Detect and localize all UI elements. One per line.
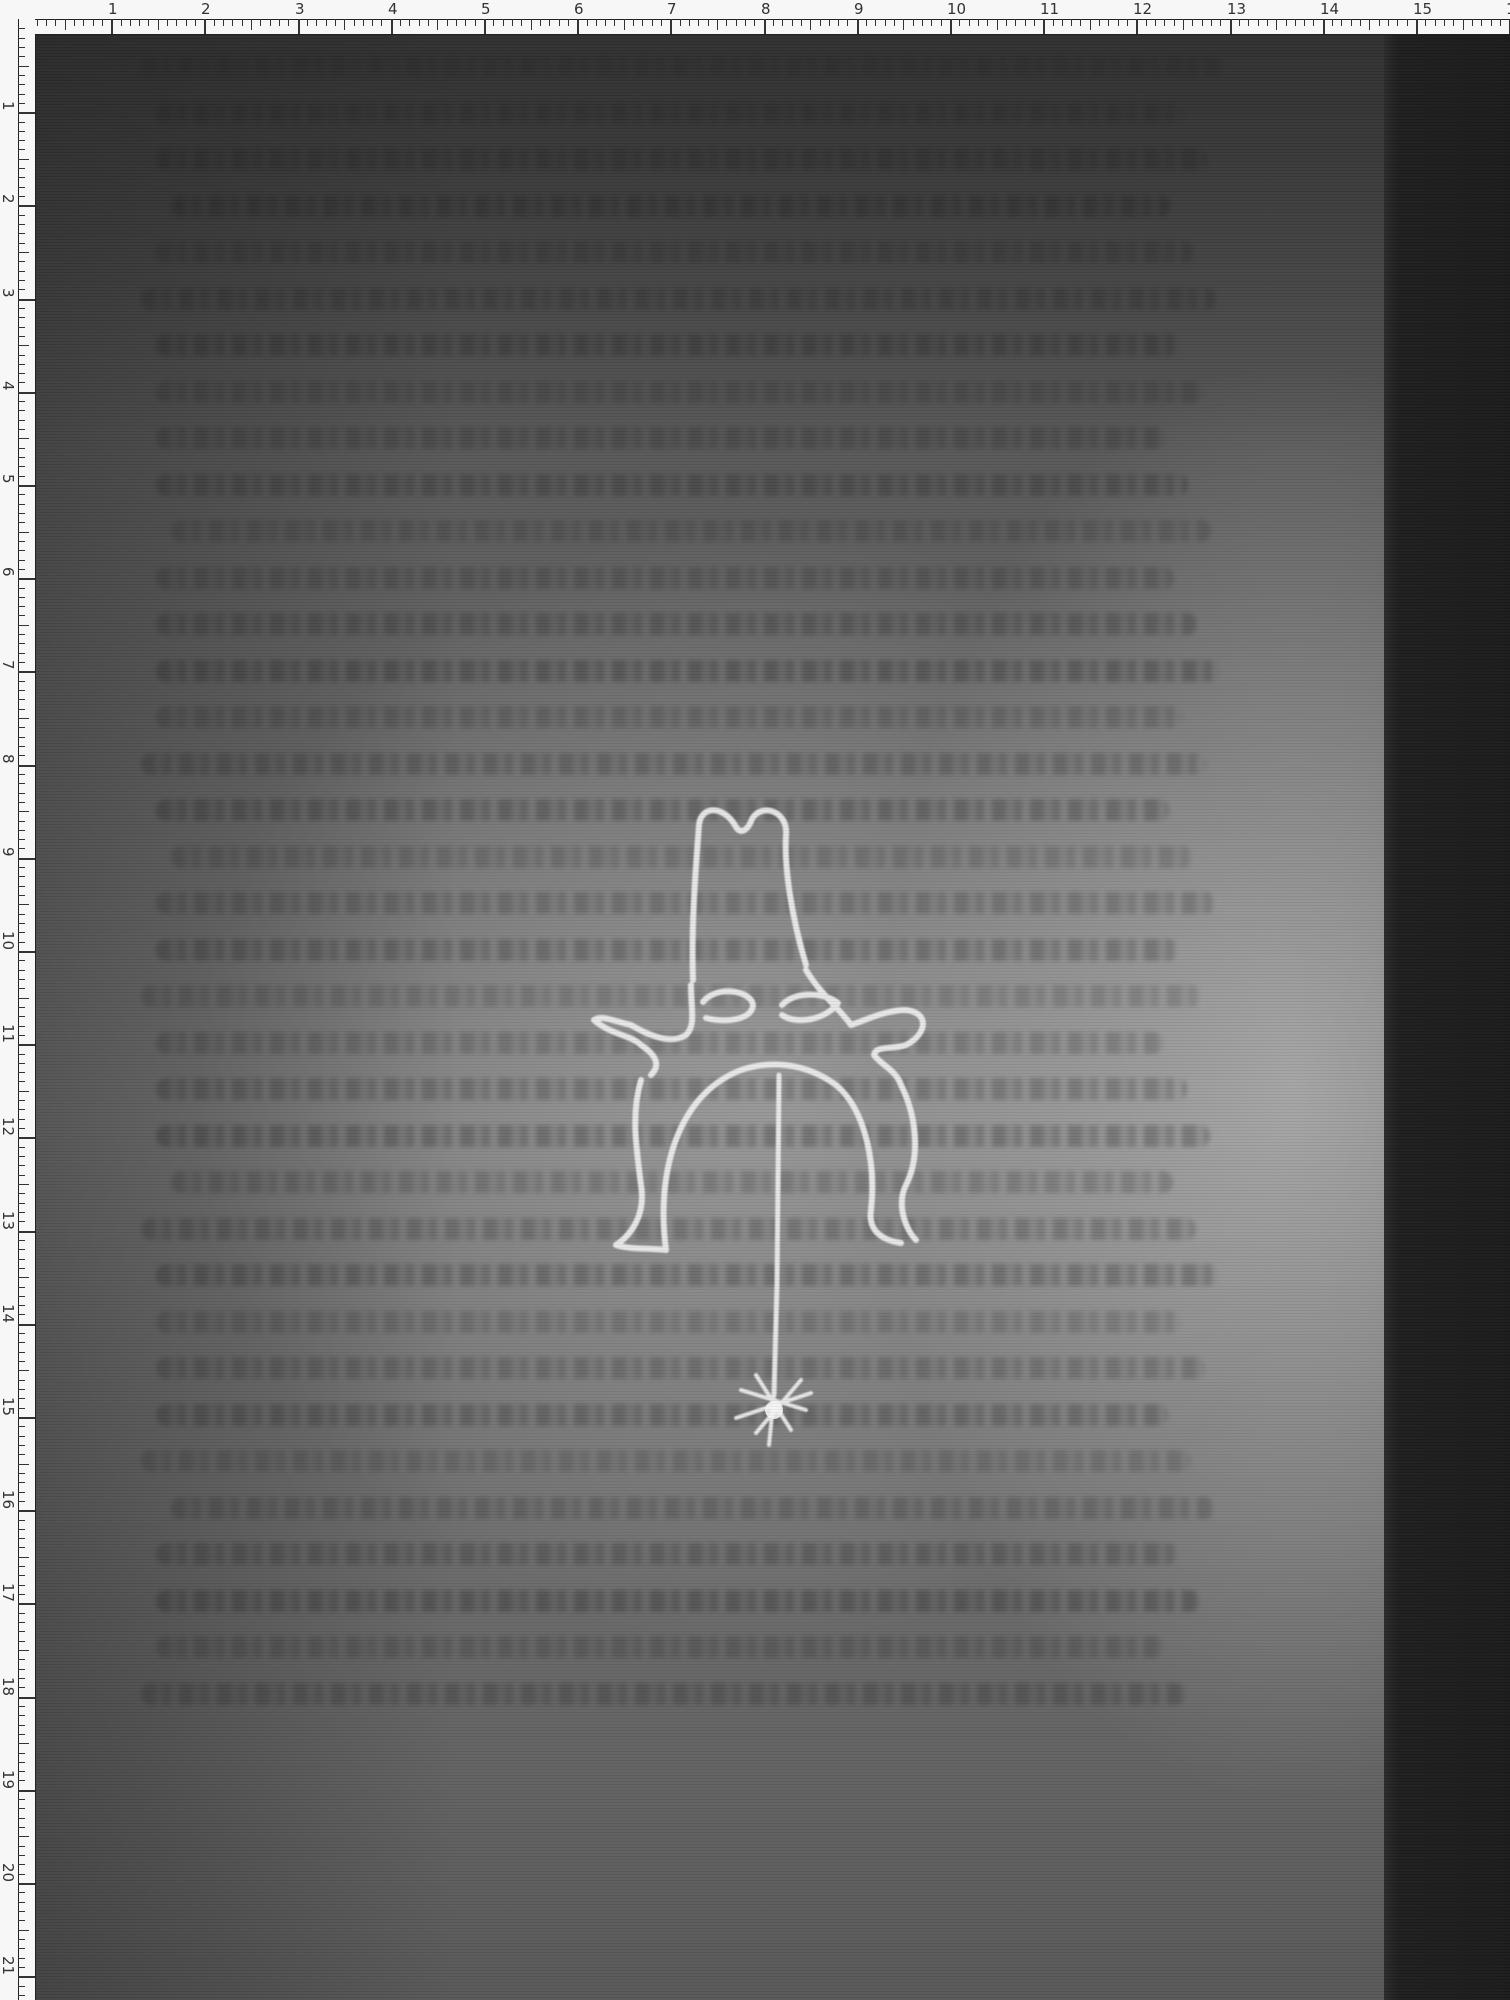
left-ruler-tick <box>18 1426 25 1427</box>
left-ruler-tick <box>18 876 25 877</box>
left-ruler-tick <box>18 811 29 812</box>
left-ruler-tick <box>18 1603 35 1605</box>
top-ruler-tick <box>820 19 821 26</box>
left-ruler-tick <box>18 699 25 700</box>
left-ruler-tick <box>18 196 25 197</box>
left-ruler-label: 21 <box>0 1956 16 1975</box>
left-ruler-tick <box>18 1370 29 1371</box>
top-ruler-tick <box>176 19 177 26</box>
top-ruler-tick <box>857 19 859 34</box>
left-ruler-tick <box>18 1715 25 1716</box>
left-ruler-tick <box>18 755 25 756</box>
top-ruler-tick <box>475 19 476 26</box>
left-ruler-tick <box>18 1268 25 1269</box>
left-ruler-tick <box>18 1389 25 1390</box>
top-ruler-tick <box>1444 19 1445 26</box>
top-ruler-tick <box>997 19 998 30</box>
left-ruler-tick <box>18 1706 25 1707</box>
top-ruler-tick <box>829 19 830 26</box>
top-ruler-tick <box>93 19 94 26</box>
top-ruler-tick <box>531 19 532 30</box>
top-ruler-tick <box>1500 19 1501 26</box>
left-ruler-tick <box>18 914 25 915</box>
top-ruler-tick <box>1304 19 1305 26</box>
left-ruler-tick <box>18 1314 25 1315</box>
left-ruler-tick <box>18 1669 25 1670</box>
top-ruler-tick <box>409 19 410 26</box>
top-ruler-tick <box>503 19 504 26</box>
left-ruler-tick <box>18 1827 25 1828</box>
top-ruler-tick <box>363 19 364 26</box>
top-ruler-tick <box>447 19 448 26</box>
left-ruler-tick <box>18 1352 25 1353</box>
top-ruler-tick <box>1360 19 1361 26</box>
top-ruler-tick <box>316 19 317 26</box>
top-ruler-tick <box>633 19 634 26</box>
left-ruler-tick <box>18 1137 35 1139</box>
left-ruler-tick <box>18 1725 25 1726</box>
top-ruler-tick <box>726 19 727 26</box>
top-ruler-tick <box>1332 19 1333 26</box>
star-center <box>765 1401 783 1419</box>
top-ruler-tick <box>55 19 56 26</box>
left-ruler-label: 20 <box>0 1863 16 1882</box>
left-ruler-tick <box>18 1585 25 1586</box>
left-ruler-tick <box>18 243 25 244</box>
left-ruler-tick <box>18 1221 25 1222</box>
top-ruler-tick <box>754 19 755 26</box>
top-ruler-label: 1 <box>108 1 118 17</box>
top-ruler-tick <box>437 19 438 30</box>
top-ruler-tick <box>1258 19 1259 26</box>
left-ruler-tick <box>18 1398 25 1399</box>
top-ruler-label: 10 <box>947 1 966 17</box>
left-ruler-tick <box>18 1538 25 1539</box>
left-ruler-tick <box>18 998 29 999</box>
left-ruler-tick <box>18 1417 35 1419</box>
left-ruler-tick <box>18 1622 25 1623</box>
left-ruler-tick <box>18 1436 25 1437</box>
top-ruler-tick <box>111 19 113 34</box>
left-ruler-tick <box>18 280 25 281</box>
left-ruler-label: 16 <box>0 1490 16 1509</box>
top-ruler-tick <box>959 19 960 26</box>
left-ruler-tick <box>18 1641 25 1642</box>
left-ruler-tick <box>18 75 25 76</box>
left-ruler: 123456789101112131415161718192021 <box>0 0 35 2000</box>
top-ruler-tick <box>456 19 457 26</box>
left-ruler-tick <box>18 420 25 421</box>
left-ruler-tick <box>18 485 35 487</box>
top-ruler-tick <box>1043 19 1045 34</box>
top-ruler-tick <box>381 19 382 26</box>
left-ruler-tick <box>18 1790 35 1792</box>
left-ruler-tick <box>18 1566 25 1567</box>
left-ruler-tick <box>18 1249 25 1250</box>
left-ruler-tick <box>18 1808 25 1809</box>
left-ruler-tick <box>18 1277 29 1278</box>
left-ruler-tick <box>18 1212 25 1213</box>
left-ruler-tick <box>18 1697 35 1699</box>
top-ruler-tick <box>1053 19 1054 26</box>
left-ruler-tick <box>18 1333 25 1334</box>
left-ruler-tick <box>18 821 25 822</box>
left-ruler-tick <box>18 942 25 943</box>
top-ruler-tick <box>279 19 280 26</box>
left-ruler-tick <box>18 1594 25 1595</box>
left-ruler-label: 18 <box>0 1677 16 1696</box>
left-ruler-tick <box>18 1175 25 1176</box>
top-ruler-tick <box>354 19 355 26</box>
left-ruler-label: 5 <box>0 474 16 484</box>
left-ruler-tick <box>18 1063 25 1064</box>
top-ruler-tick <box>102 19 103 26</box>
left-ruler-tick <box>18 1156 25 1157</box>
left-ruler-tick <box>18 494 25 495</box>
top-ruler-tick <box>204 19 206 34</box>
left-ruler-tick <box>18 84 25 85</box>
left-ruler-tick <box>18 541 25 542</box>
left-ruler-label: 7 <box>0 660 16 670</box>
top-ruler-tick <box>307 19 308 26</box>
top-ruler-tick <box>1015 19 1016 26</box>
top-ruler-tick <box>1006 19 1007 26</box>
left-ruler-tick <box>18 960 25 961</box>
top-ruler-tick <box>708 19 709 26</box>
top-ruler-label: 3 <box>295 1 305 17</box>
left-ruler-tick <box>18 1958 25 1959</box>
left-ruler-tick <box>18 1072 25 1073</box>
left-ruler-tick <box>18 289 25 290</box>
top-ruler-tick <box>1090 19 1091 30</box>
left-ruler-tick <box>18 261 25 262</box>
top-ruler-tick <box>978 19 979 26</box>
left-ruler-tick <box>18 970 25 971</box>
top-ruler-tick <box>1155 19 1156 26</box>
left-ruler-tick <box>18 1408 25 1409</box>
top-ruler-label: 4 <box>388 1 398 17</box>
left-ruler-tick <box>18 401 25 402</box>
left-ruler-tick <box>18 1044 35 1046</box>
left-ruler-tick <box>18 1147 25 1148</box>
left-ruler-tick <box>18 904 29 905</box>
ox-head-watermark-icon <box>36 35 1510 2000</box>
top-ruler-tick <box>717 19 718 30</box>
top-ruler-tick <box>1286 19 1287 26</box>
left-ruler-tick <box>18 588 25 589</box>
left-ruler-tick <box>18 634 25 635</box>
top-ruler-tick <box>223 19 224 26</box>
top-ruler-tick <box>1425 19 1426 26</box>
left-ruler-tick <box>18 1967 25 1968</box>
left-ruler-tick <box>18 1445 25 1446</box>
top-ruler-tick <box>652 19 653 26</box>
left-ruler-tick <box>18 1892 25 1893</box>
top-ruler-tick <box>46 19 47 26</box>
left-ruler-tick <box>18 233 25 234</box>
top-ruler-tick <box>931 19 932 26</box>
left-ruler-tick <box>18 28 25 29</box>
left-ruler-tick <box>18 671 35 673</box>
left-ruler-tick <box>18 1240 25 1241</box>
left-ruler-tick <box>18 131 25 132</box>
left-ruler-tick <box>18 793 25 794</box>
top-ruler-tick <box>568 19 569 26</box>
top-ruler-tick <box>1080 19 1081 26</box>
left-ruler-tick <box>18 532 29 533</box>
left-ruler-tick <box>18 1100 25 1101</box>
left-ruler-tick <box>18 625 29 626</box>
left-ruler-tick <box>18 1361 25 1362</box>
left-ruler-tick <box>18 1165 25 1166</box>
top-ruler-tick <box>1174 19 1175 26</box>
left-ruler-tick <box>18 1081 25 1082</box>
top-ruler-tick <box>400 19 401 26</box>
top-ruler-tick <box>326 19 327 26</box>
top-ruler-tick <box>428 19 429 26</box>
top-ruler-tick <box>288 19 289 26</box>
left-ruler-tick <box>18 252 29 253</box>
top-ruler-label: 9 <box>854 1 864 17</box>
left-ruler-tick <box>18 205 35 207</box>
top-ruler-tick <box>493 19 494 26</box>
left-ruler-tick <box>18 765 35 767</box>
top-ruler-tick <box>689 19 690 26</box>
left-ruler-tick <box>18 1836 29 1837</box>
left-ruler-tick <box>18 681 25 682</box>
left-ruler-tick <box>18 839 25 840</box>
left-ruler-tick <box>18 224 25 225</box>
left-ruler-tick <box>18 690 25 691</box>
left-ruler-tick <box>18 1380 25 1381</box>
top-ruler-tick <box>801 19 802 26</box>
top-ruler-tick <box>1481 19 1482 26</box>
left-ruler-tick <box>18 1482 25 1483</box>
top-ruler-tick <box>186 19 187 26</box>
top-ruler-label: 8 <box>761 1 771 17</box>
left-ruler-tick <box>18 718 29 719</box>
left-ruler-tick <box>18 271 25 272</box>
left-ruler-tick <box>18 392 35 394</box>
top-ruler-tick <box>232 19 233 26</box>
left-ruler-tick <box>18 727 25 728</box>
left-ruler-tick <box>18 1324 35 1326</box>
top-ruler-tick <box>1230 19 1232 34</box>
top-ruler-tick <box>1202 19 1203 26</box>
left-ruler-tick <box>18 1948 25 1949</box>
top-ruler-tick <box>37 19 38 26</box>
left-ruler-tick <box>18 643 25 644</box>
top-ruler-tick <box>1127 19 1128 26</box>
left-ruler-tick <box>18 1930 29 1931</box>
top-ruler-tick <box>885 19 886 26</box>
left-ruler-tick <box>18 1193 25 1194</box>
top-ruler-tick <box>922 19 923 26</box>
left-ruler-tick <box>18 988 25 989</box>
left-ruler-tick <box>18 513 25 514</box>
left-ruler-tick <box>18 56 25 57</box>
left-ruler-tick <box>18 1184 29 1185</box>
left-ruler-label: 9 <box>0 847 16 857</box>
left-ruler-tick <box>18 1799 25 1800</box>
top-ruler-tick <box>214 19 215 26</box>
left-ruler-tick <box>18 1287 25 1288</box>
top-ruler-tick <box>1239 19 1240 26</box>
left-ruler-label: 1 <box>0 101 16 111</box>
top-ruler-tick <box>745 19 746 26</box>
left-ruler-tick <box>18 317 25 318</box>
top-ruler-tick <box>484 19 486 34</box>
top-ruler-tick <box>987 19 988 26</box>
left-ruler-tick <box>18 932 25 933</box>
left-ruler-tick <box>18 848 25 849</box>
left-ruler-tick <box>18 1855 25 1856</box>
top-ruler-tick <box>1025 19 1026 26</box>
top-ruler-tick <box>773 19 774 26</box>
top-ruler-tick <box>521 19 522 26</box>
top-ruler-tick <box>540 19 541 26</box>
top-ruler-tick <box>1295 19 1296 26</box>
left-ruler-tick <box>18 345 29 346</box>
left-ruler-tick <box>18 1659 25 1660</box>
top-ruler-tick <box>1435 19 1436 26</box>
manuscript-scan <box>35 34 1510 2000</box>
left-ruler-label: 2 <box>0 194 16 204</box>
left-ruler-tick <box>18 140 25 141</box>
top-ruler-tick <box>260 19 261 26</box>
left-ruler-tick <box>18 615 25 616</box>
top-ruler-tick <box>642 19 643 26</box>
top-ruler-tick <box>121 19 122 26</box>
left-ruler-tick <box>18 1734 25 1735</box>
left-ruler-tick <box>18 951 35 953</box>
left-ruler-tick <box>18 1305 25 1306</box>
left-ruler-tick <box>18 47 25 48</box>
left-ruler-tick <box>18 1631 25 1632</box>
left-ruler-tick <box>18 802 25 803</box>
top-ruler-tick <box>1453 19 1454 26</box>
top-ruler-tick <box>913 19 914 26</box>
left-ruler-tick <box>18 1342 25 1343</box>
left-ruler-tick <box>18 1547 25 1548</box>
top-ruler-tick <box>736 19 737 26</box>
top-ruler-tick <box>1183 19 1184 30</box>
top-ruler-tick <box>1323 19 1325 34</box>
top-ruler-tick <box>1136 19 1138 34</box>
top-ruler-tick <box>1416 19 1418 34</box>
left-ruler-tick <box>18 355 25 356</box>
left-ruler-tick <box>18 1846 25 1847</box>
top-ruler-tick <box>1192 19 1193 26</box>
left-ruler-tick <box>18 709 25 710</box>
top-ruler-tick <box>941 19 942 26</box>
top-ruler-tick <box>465 19 466 26</box>
left-ruler-tick <box>18 1501 25 1502</box>
left-ruler-tick <box>18 783 25 784</box>
left-ruler-tick <box>18 168 25 169</box>
left-ruler-tick <box>18 1054 25 1055</box>
left-ruler-tick <box>18 1026 25 1027</box>
left-ruler-tick <box>18 382 25 383</box>
left-ruler-label: 3 <box>0 288 16 298</box>
left-ruler-tick <box>18 1818 25 1819</box>
top-ruler-tick <box>270 19 271 26</box>
top-ruler-tick <box>335 19 336 26</box>
left-ruler-tick <box>18 1920 25 1921</box>
left-ruler-label: 11 <box>0 1024 16 1043</box>
left-ruler-label: 15 <box>0 1397 16 1416</box>
left-ruler-tick <box>18 774 25 775</box>
left-ruler-tick <box>18 438 29 439</box>
top-ruler-tick <box>764 19 766 34</box>
top-ruler-tick <box>549 19 550 26</box>
top-ruler-tick <box>875 19 876 26</box>
left-ruler-tick <box>18 308 25 309</box>
left-ruler-tick <box>18 1678 25 1679</box>
left-ruler-tick <box>18 560 25 561</box>
top-ruler-tick <box>1369 19 1370 30</box>
left-ruler-tick <box>18 327 25 328</box>
top-ruler-label: 2 <box>201 1 211 17</box>
left-ruler-tick <box>18 1976 35 1978</box>
left-ruler-tick <box>18 448 25 449</box>
left-ruler-tick <box>18 578 35 580</box>
top-ruler-tick <box>838 19 839 26</box>
top-ruler-tick <box>670 19 672 34</box>
top-ruler-tick <box>148 19 149 26</box>
left-ruler-label: 10 <box>0 931 16 950</box>
top-ruler-tick <box>1388 19 1389 26</box>
left-ruler-tick <box>18 1743 29 1744</box>
left-ruler-tick <box>18 1986 25 1987</box>
left-ruler-tick <box>18 1520 25 1521</box>
top-ruler-tick <box>74 19 75 26</box>
left-ruler-tick <box>18 1874 25 1875</box>
left-ruler-label: 13 <box>0 1211 16 1230</box>
top-ruler-tick <box>158 19 159 30</box>
top-ruler-label: 11 <box>1040 1 1059 17</box>
top-ruler-tick <box>1351 19 1352 26</box>
left-ruler-tick <box>18 1529 25 1530</box>
left-ruler-tick <box>18 1650 29 1651</box>
top-ruler-label: 6 <box>574 1 584 17</box>
top-ruler-tick <box>1379 19 1380 26</box>
left-ruler-tick <box>18 476 25 477</box>
left-ruler-tick <box>18 550 25 551</box>
top-ruler-tick <box>1034 19 1035 26</box>
top-ruler-tick <box>195 19 196 26</box>
top-ruler-tick <box>866 19 867 26</box>
top-ruler: 01234567891011121314151 <box>0 0 1510 34</box>
top-ruler-tick <box>605 19 606 26</box>
top-ruler-tick <box>1220 19 1221 26</box>
left-ruler-tick <box>18 336 25 337</box>
left-ruler-tick <box>18 66 29 67</box>
left-ruler-label: 14 <box>0 1304 16 1323</box>
top-ruler-tick <box>587 19 588 26</box>
left-ruler-tick <box>18 373 25 374</box>
top-ruler-tick <box>1267 19 1268 26</box>
left-ruler-tick <box>18 38 25 39</box>
left-ruler-tick <box>18 979 25 980</box>
top-ruler-tick <box>1071 19 1072 26</box>
top-ruler-label: 1 <box>1506 1 1510 17</box>
left-ruler-tick <box>18 569 25 570</box>
left-ruler-tick <box>18 1902 25 1903</box>
left-ruler-tick <box>18 1492 25 1493</box>
top-ruler-tick <box>1276 19 1277 30</box>
top-ruler-tick <box>130 19 131 26</box>
